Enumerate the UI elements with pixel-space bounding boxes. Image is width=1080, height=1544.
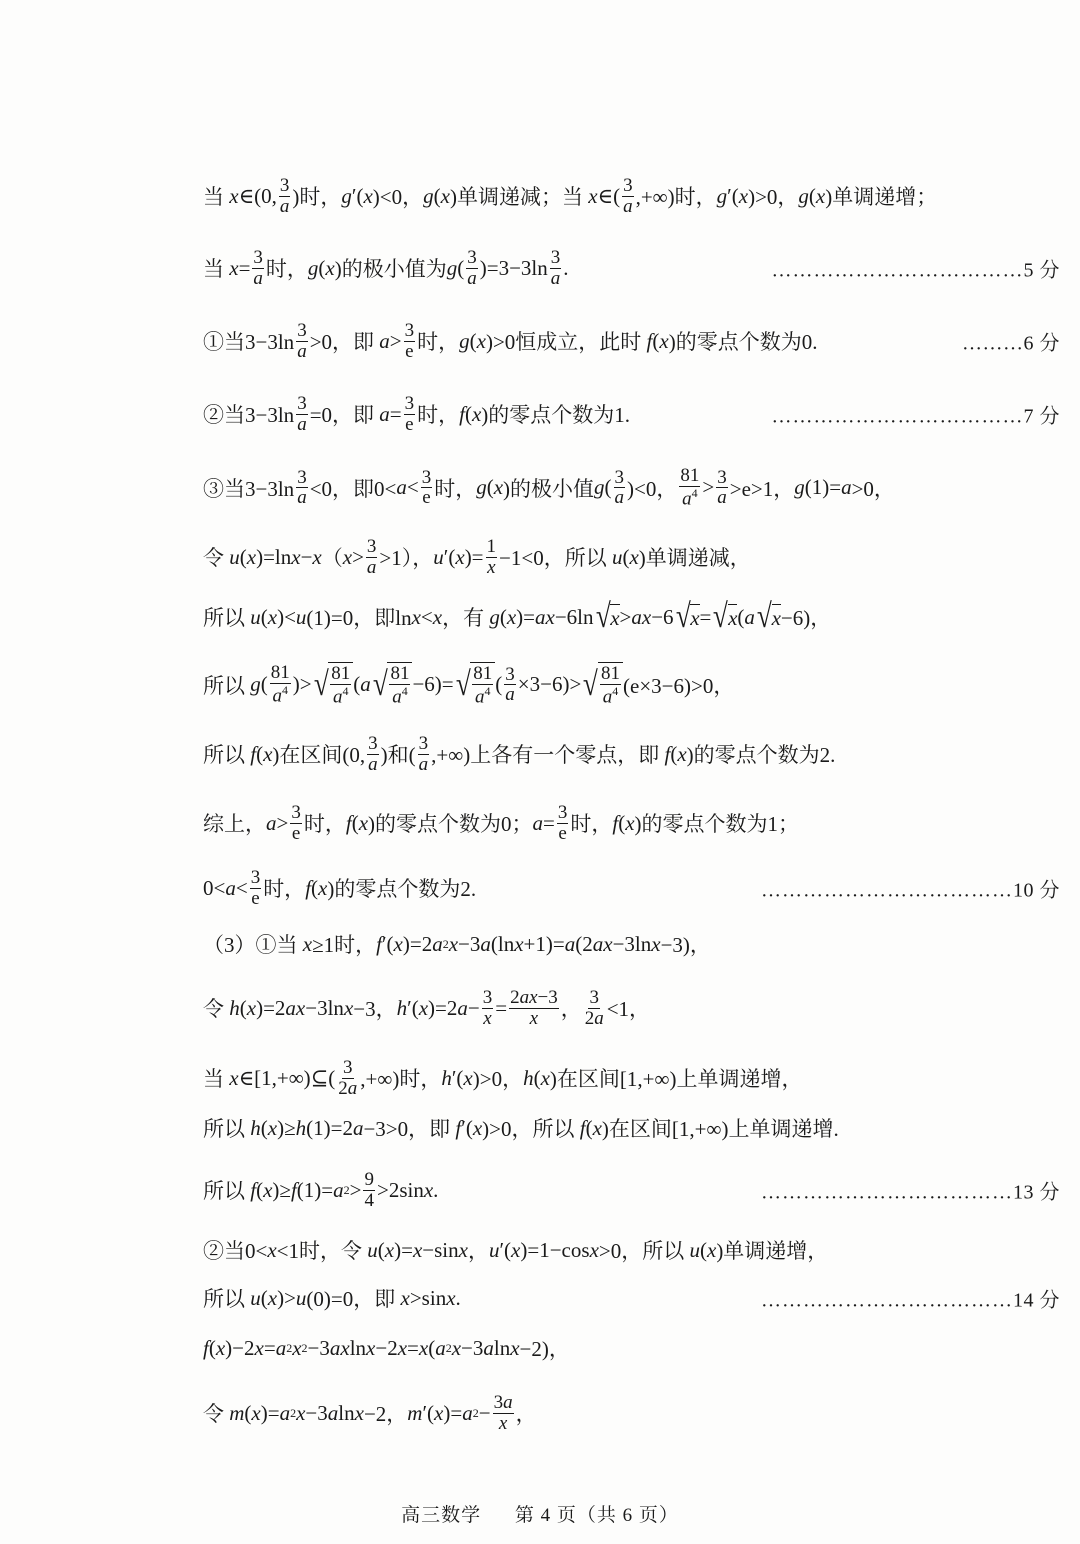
- solution-line-20: 令 m(x)=a2x−3alnx−2，m′(x)=a2−3ax，: [203, 1383, 1070, 1443]
- solution-line-11: 0<a<3e时，f(x)的零点个数为2. ………………………………10 分: [203, 858, 1070, 918]
- solution-line-13: 令 h(x)=2ax−3lnx−3，h′(x)=2a−3x=2ax−3x，32a…: [203, 978, 1070, 1038]
- solution-line-12: （3）①当 x≥1时，f′(x)=2a2x−3a(lnx+1)=a(2ax−3l…: [203, 914, 1070, 974]
- solution-line-6: 令 u(x)=lnx−x（x>3a>1），u′(x)=1x−1<0，所以 u(x…: [203, 527, 1070, 587]
- score-marker: ………………………………5 分: [772, 254, 1061, 283]
- answer-key-page: 当 x∈(0,3a)时，g′(x)<0，g(x)单调递减；当 x∈(3a,+∞)…: [0, 0, 1080, 1544]
- score-marker: ………………………………13 分: [761, 1176, 1060, 1205]
- solution-line-4: ②当3−3ln3a=0，即 a=3e时，f(x)的零点个数为1. ……………………: [203, 384, 1070, 444]
- solution-line-9: 所以 f(x)在区间(0,3a)和(3a,+∞)上各有一个零点，即 f(x)的零…: [203, 724, 1070, 784]
- solution-line-7: 所以 u(x)<u(1)=0，即lnx<x，有 g(x)=ax−6ln√x>ax…: [203, 587, 1070, 647]
- solution-line-1: 当 x∈(0,3a)时，g′(x)<0，g(x)单调递减；当 x∈(3a,+∞)…: [203, 166, 1070, 226]
- score-marker: ………………………………10 分: [761, 874, 1060, 903]
- page-footer: 高三数学 第 4 页（共 6 页）: [0, 1500, 1080, 1527]
- score-marker: ………………………………14 分: [761, 1284, 1060, 1313]
- solution-line-15: 所以 h(x)≥h(1)=2a−3>0，即 f′(x)>0，所以 f(x)在区间…: [203, 1098, 1070, 1158]
- solution-line-5: ③当3−3ln3a<0，即0<a<3e时，g(x)的极小值g(3a)<0，81a…: [203, 458, 1070, 518]
- solution-line-3: ①当3−3ln3a>0，即 a>3e时，g(x)>0恒成立，此时 f(x)的零点…: [203, 311, 1070, 371]
- solution-line-19: f(x)−2x=a2x2−3axlnx−2x=x(a2x−3alnx−2)，: [203, 1318, 1070, 1378]
- score-marker: ………6 分: [962, 327, 1060, 356]
- solution-line-10: 综上，a>3e时，f(x)的零点个数为0；a=3e时，f(x)的零点个数为1；: [203, 793, 1070, 853]
- footer-page-number: 第 4 页（共 6 页）: [515, 1505, 679, 1526]
- solution-line-2: 当 x=3a时，g(x)的极小值为g(3a)=3−3ln3a. ………………………: [203, 238, 1070, 298]
- solution-line-16: 所以 f(x)≥f(1)=a2>94>2sinx. ………………………………13…: [203, 1160, 1070, 1220]
- score-marker: ………………………………7 分: [772, 400, 1061, 429]
- solution-line-8: 所以 g(81a4)>√81a4(a√81a4−6)=√81a4(3a×3−6)…: [203, 655, 1070, 715]
- footer-subject: 高三数学: [401, 1505, 481, 1526]
